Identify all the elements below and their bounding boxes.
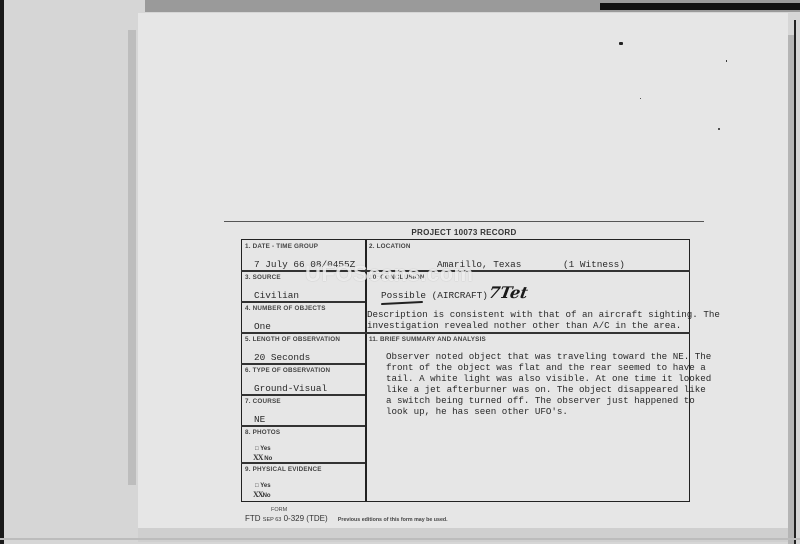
form-row-divider <box>241 462 365 464</box>
speck <box>718 128 720 130</box>
form-row-divider <box>241 425 365 427</box>
type-of-observation-value: Ground-Visual <box>254 383 327 394</box>
speck <box>619 42 623 45</box>
scan-edge-left <box>0 0 4 544</box>
number-of-objects-label: 4. NUMBER OF OBJECTS <box>245 305 326 312</box>
conclusion-value: Possible (AIRCRAFT) <box>381 290 488 301</box>
footer-date: SEP 63 <box>263 517 282 523</box>
physical-evidence-label: 9. PHYSICAL EVIDENCE <box>245 466 322 473</box>
footer-note: Previous editions of this form may be us… <box>338 517 448 523</box>
footer-form-id: FTD <box>245 514 261 523</box>
photos-yes-option: □ Yes <box>255 446 271 452</box>
footer-form-number: 0-329 (TDE) <box>284 514 328 523</box>
form-row-divider <box>241 332 690 334</box>
header-rule <box>224 221 704 222</box>
handwritten-initials: 7Tet <box>487 283 529 302</box>
photos-no-label: No <box>264 456 272 462</box>
location-label: 2. LOCATION <box>369 243 411 250</box>
date-time-group-label: 1. DATE - TIME GROUP <box>245 243 318 250</box>
photos-label: 8. PHOTOS <box>245 429 280 436</box>
source-label: 3. SOURCE <box>245 274 281 281</box>
scan-shadow-left <box>128 30 136 485</box>
summary-line: look up, he has seen other UFO's. <box>386 407 568 418</box>
scan-edge-bottom <box>0 538 800 540</box>
course-value: NE <box>254 414 265 425</box>
length-of-observation-label: 5. LENGTH OF OBSERVATION <box>245 336 340 343</box>
scan-shadow-top-dark <box>600 3 800 10</box>
form-footer: FTD SEP 63 0-329 (TDE) Previous editions… <box>245 514 448 523</box>
speck <box>726 60 727 62</box>
scan-edge-right <box>794 20 796 544</box>
watermark: UFOScans.com <box>305 261 474 287</box>
photos-yes-label: Yes <box>260 446 270 452</box>
photos-no-option: XX No <box>253 453 272 462</box>
source-value: Civilian <box>254 290 299 301</box>
conclusion-text-line: investigation revealed nother other than… <box>367 321 681 332</box>
form-row-divider <box>241 363 365 365</box>
physical-evidence-yes-label: Yes <box>260 483 270 489</box>
summary-label: 11. BRIEF SUMMARY AND ANALYSIS <box>369 336 486 343</box>
witness-count: (1 Witness) <box>563 259 625 270</box>
form-row-divider <box>241 301 365 303</box>
checkbox-marked-icon: XX <box>253 453 263 462</box>
form-row-divider <box>241 394 365 396</box>
checkbox-empty-icon: □ <box>255 483 259 489</box>
length-of-observation-value: 20 Seconds <box>254 352 310 363</box>
checkbox-marked-icon: XX <box>253 490 263 499</box>
physical-evidence-no-option: XXNo <box>253 490 271 499</box>
footer-form-label: FORM <box>271 507 287 513</box>
course-label: 7. COURSE <box>245 398 281 405</box>
checkbox-empty-icon: □ <box>255 446 259 452</box>
physical-evidence-no-label: No <box>263 493 271 499</box>
speck <box>640 98 641 99</box>
type-of-observation-label: 6. TYPE OF OBSERVATION <box>245 367 330 374</box>
document-title: PROJECT 10073 RECORD <box>224 228 704 237</box>
physical-evidence-yes-option: □ Yes <box>255 483 271 489</box>
number-of-objects-value: One <box>254 321 271 332</box>
